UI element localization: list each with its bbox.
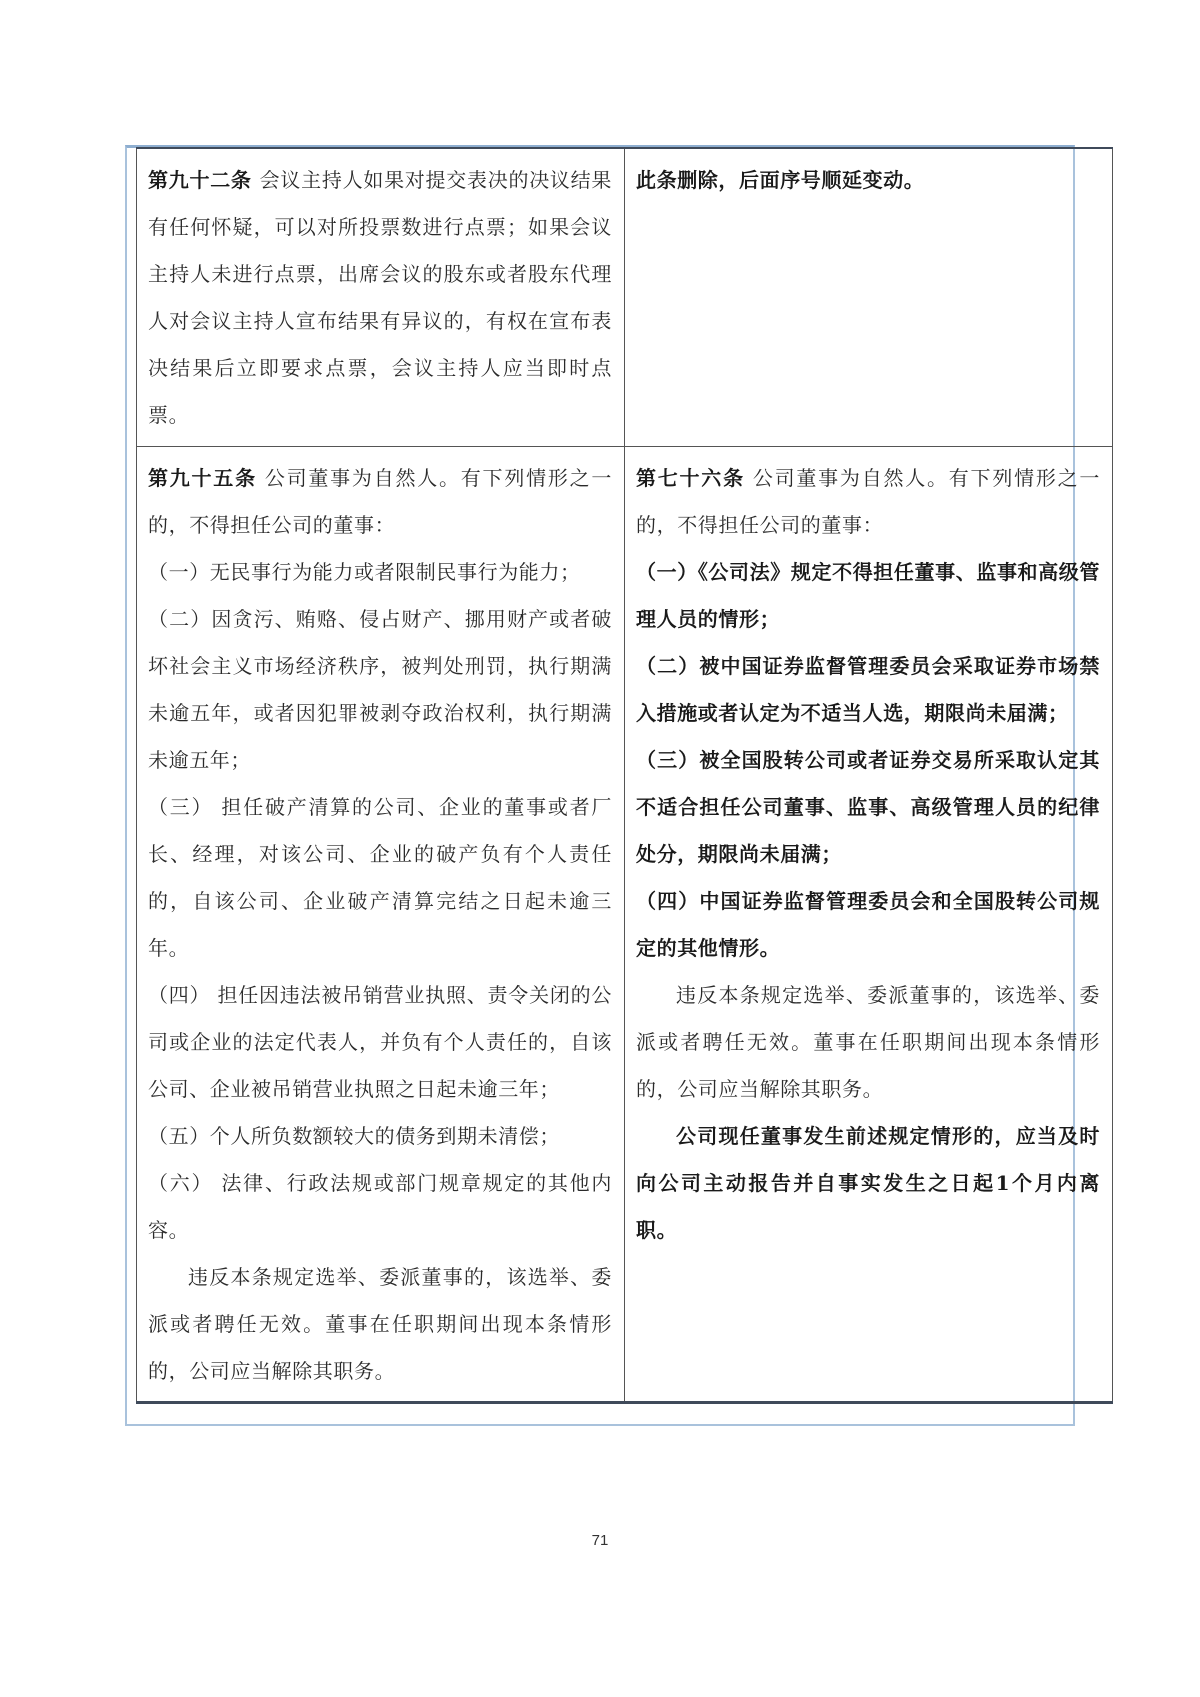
list-item: （三） 担任破产清算的公司、企业的董事或者厂长、经理，对该公司、企业的破产负有个… [148, 784, 612, 972]
deletion-note: 此条删除，后面序号顺延变动。 [636, 157, 1100, 204]
clause-intro: 第九十五条公司董事为自然人。有下列情形之一的，不得担任公司的董事： [148, 455, 612, 549]
added-provision: 公司现任董事发生前述规定情形的，应当及时向公司主动报告并自事实发生之日起1个月内… [636, 1113, 1100, 1254]
original-clause-cell: 第九十五条公司董事为自然人。有下列情形之一的，不得担任公司的董事： （一）无民事… [137, 447, 625, 1403]
page-number: 71 [0, 1532, 1200, 1549]
article-title: 第七十六条 [636, 466, 745, 490]
article-title: 第九十二条 [148, 168, 252, 192]
table-row: 第九十二条会议主持人如果对提交表决的决议结果有任何怀疑，可以对所投票数进行点票；… [137, 148, 1113, 447]
clause-body: 会议主持人如果对提交表决的决议结果有任何怀疑，可以对所投票数进行点票；如果会议主… [148, 168, 612, 427]
revised-clause-cell: 此条删除，后面序号顺延变动。 [625, 148, 1113, 447]
list-item: （五）个人所负数额较大的债务到期未清偿； [148, 1113, 612, 1160]
clause-closing: 违反本条规定选举、委派董事的，该选举、委派或者聘任无效。董事在任职期间出现本条情… [148, 1254, 612, 1395]
revised-clause-cell: 第七十六条公司董事为自然人。有下列情形之一的，不得担任公司的董事： （一）《公司… [625, 447, 1113, 1403]
list-item: （三）被全国股转公司或者证券交易所采取认定其不适合担任公司董事、监事、高级管理人… [636, 737, 1100, 878]
list-item: （四） 担任因违法被吊销营业执照、责令关闭的公司或企业的法定代表人，并负有个人责… [148, 972, 612, 1113]
article-title: 第九十五条 [148, 466, 257, 490]
list-item: （六） 法律、行政法规或部门规章规定的其他内容。 [148, 1160, 612, 1254]
list-item: （一）《公司法》规定不得担任董事、监事和高级管理人员的情形； [636, 549, 1100, 643]
comparison-table: 第九十二条会议主持人如果对提交表决的决议结果有任何怀疑，可以对所投票数进行点票；… [136, 147, 1113, 1404]
clause-intro: 第七十六条公司董事为自然人。有下列情形之一的，不得担任公司的董事： [636, 455, 1100, 549]
list-item: （二）被中国证券监督管理委员会采取证券市场禁入措施或者认定为不适当人选，期限尚未… [636, 643, 1100, 737]
clause-text: 第九十二条会议主持人如果对提交表决的决议结果有任何怀疑，可以对所投票数进行点票；… [148, 157, 612, 439]
list-item: （一）无民事行为能力或者限制民事行为能力； [148, 549, 612, 596]
table-row: 第九十五条公司董事为自然人。有下列情形之一的，不得担任公司的董事： （一）无民事… [137, 447, 1113, 1403]
original-clause-cell: 第九十二条会议主持人如果对提交表决的决议结果有任何怀疑，可以对所投票数进行点票；… [137, 148, 625, 447]
clause-closing: 违反本条规定选举、委派董事的，该选举、委派或者聘任无效。董事在任职期间出现本条情… [636, 972, 1100, 1113]
list-item: （四）中国证券监督管理委员会和全国股转公司规定的其他情形。 [636, 878, 1100, 972]
list-item: （二）因贪污、贿赂、侵占财产、挪用财产或者破坏社会主义市场经济秩序，被判处刑罚，… [148, 596, 612, 784]
